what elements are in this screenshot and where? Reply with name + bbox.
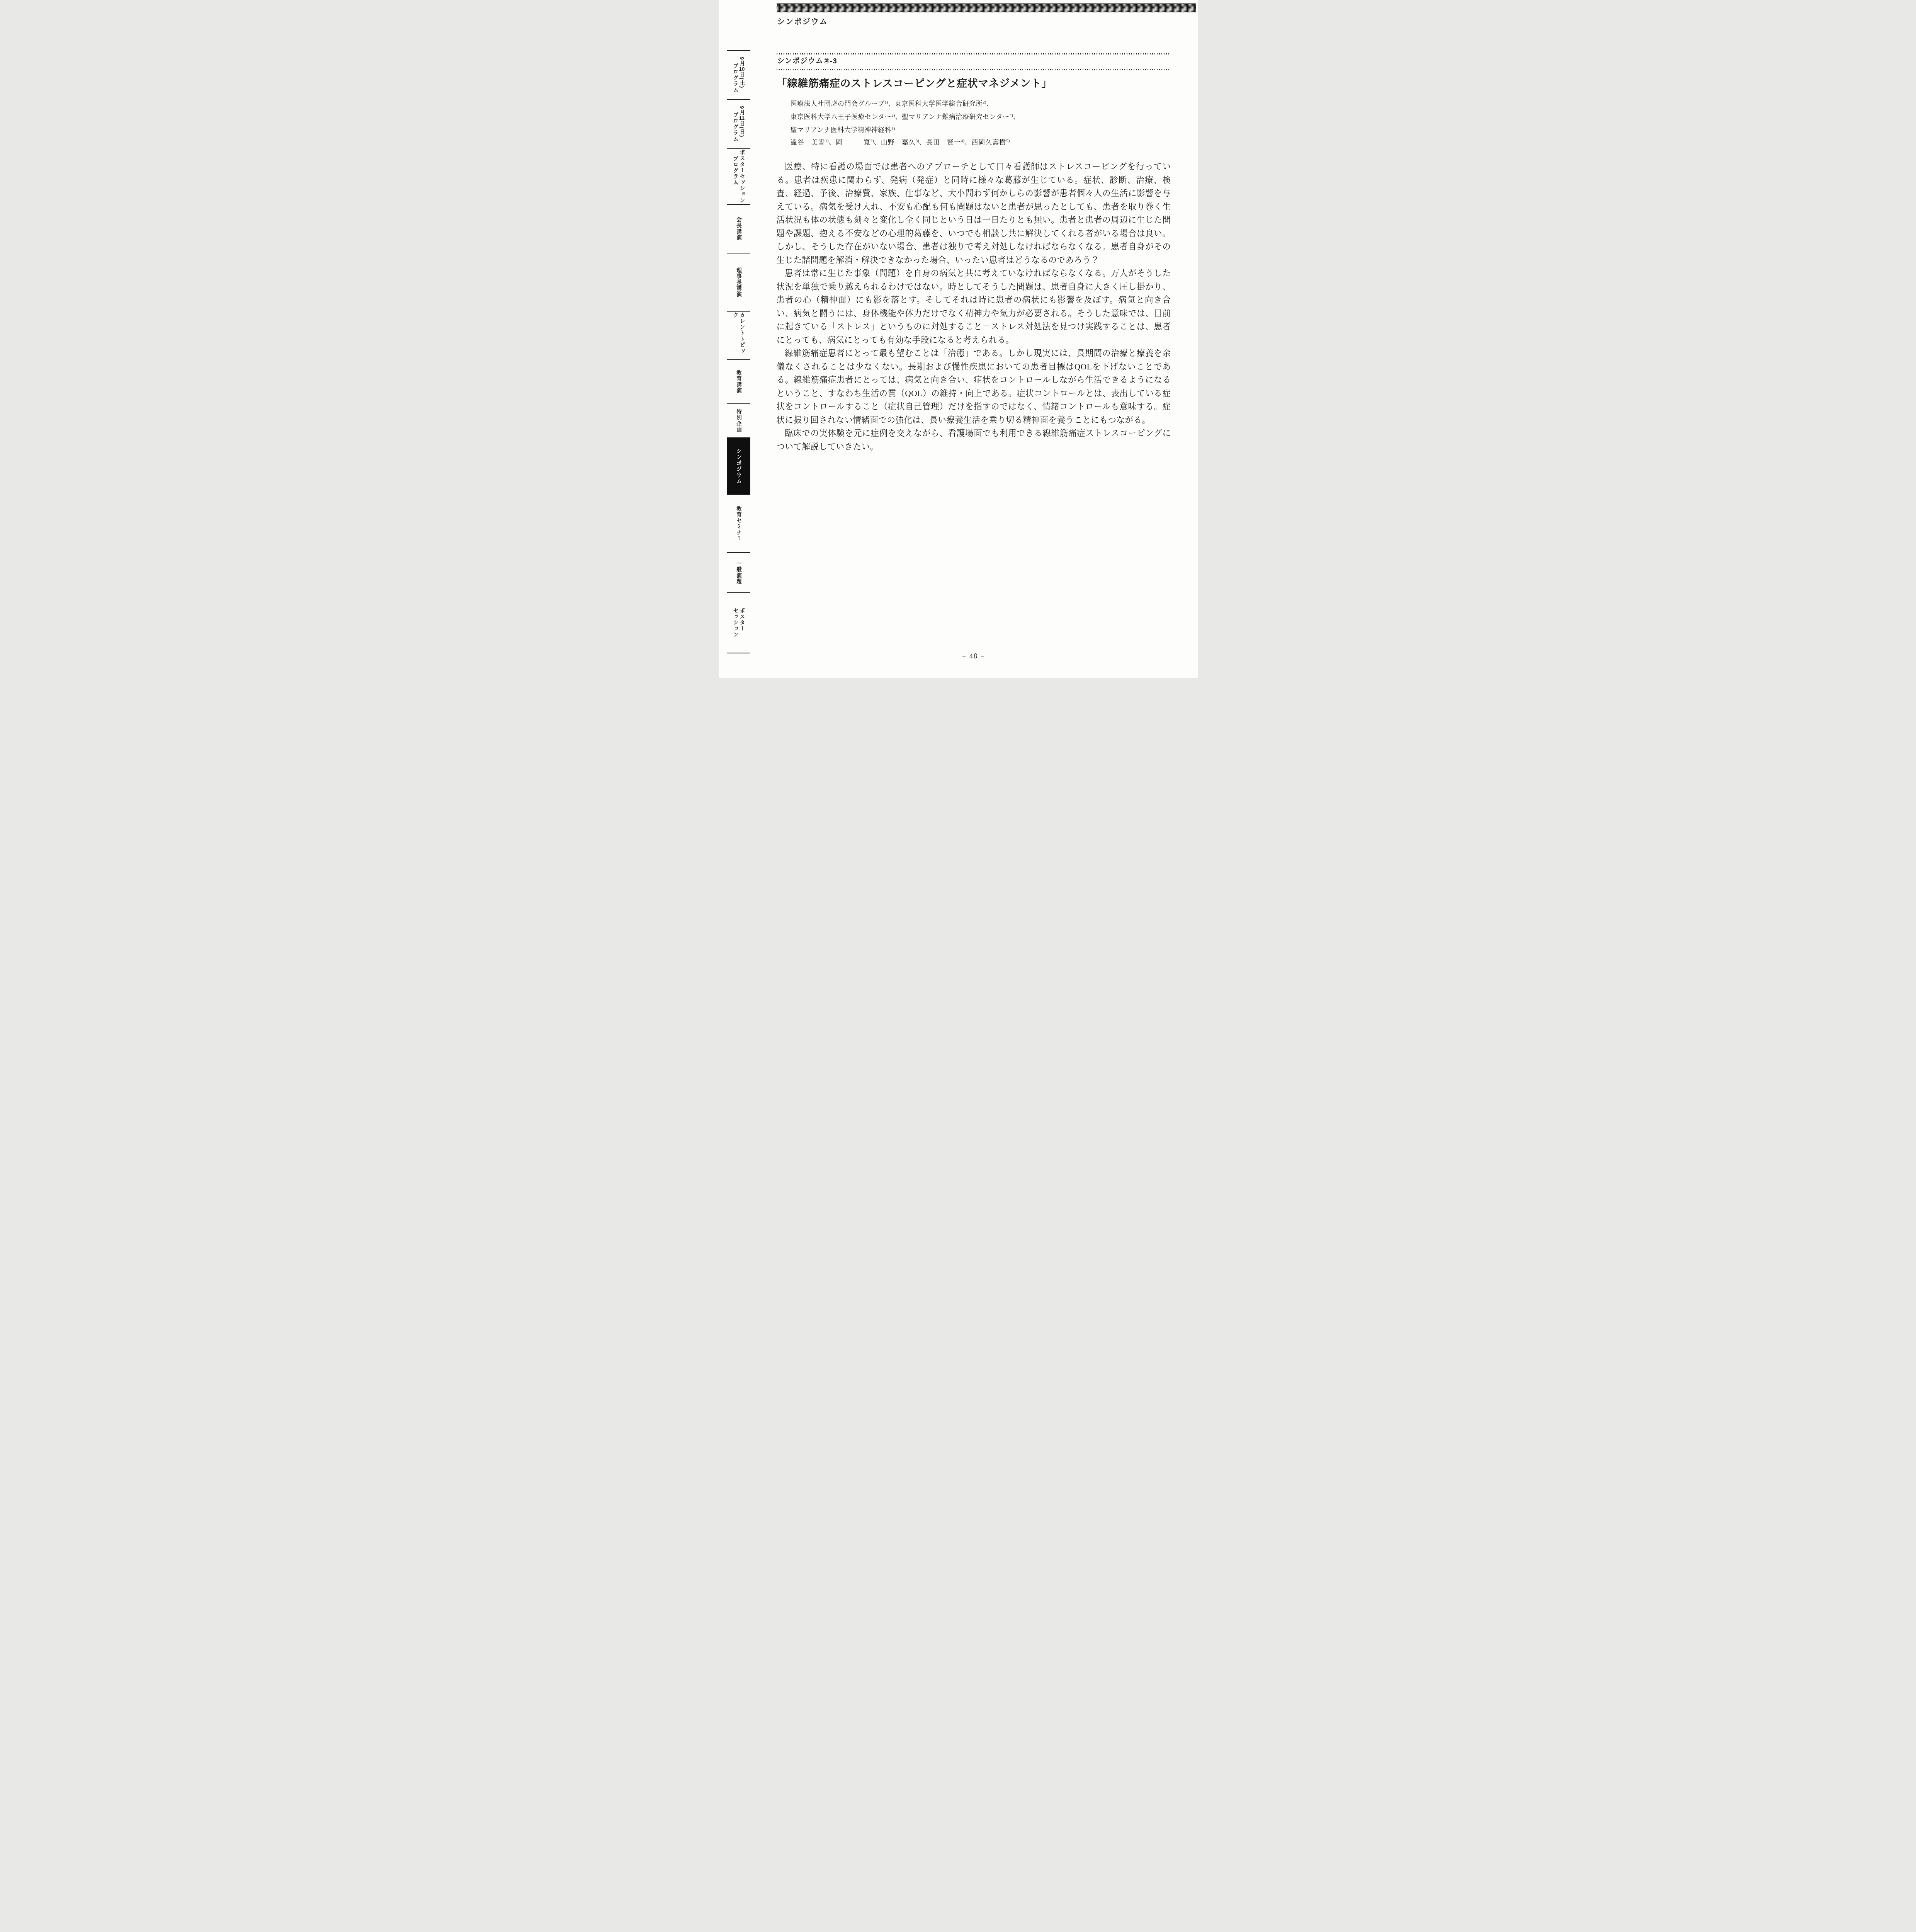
session-title: 「線維筋痛症のストレスコーピングと症状マネジメント」 — [777, 75, 1052, 90]
affiliation-line: 東京医科大学八王子医療センター3)、聖マリアンナ難病治療研究センター4)、 — [791, 110, 1020, 123]
tab-label-line: 一般演題 — [735, 561, 742, 585]
tab-label: 会長講演 — [735, 217, 742, 241]
top-halftone-banner — [777, 3, 1196, 12]
tab-label: 9月10日(土) プログラム — [732, 57, 745, 93]
section-breadcrumb: シンポジウム — [777, 15, 828, 27]
tab-label-line: プログラム — [732, 112, 739, 142]
tab-label-line: 理事長講演 — [735, 267, 742, 298]
sidebar-tab-poster-session: ポスター セッション — [727, 592, 750, 653]
tab-label: 一般演題 — [735, 561, 742, 585]
sidebar-tab-educational-lecture: 教育講演 — [727, 359, 750, 403]
tab-label-line: ポスターセッション — [739, 150, 745, 204]
sidebar-tab-poster-session-program: ポスターセッション プログラム — [727, 148, 750, 204]
sidebar-index-tabs: 9月10日(土) プログラム 9月11日(日) プログラム ポスターセッション … — [727, 50, 750, 653]
tab-label-line: 9月10日(土) — [739, 57, 745, 93]
tab-label-line: 特別企画 — [735, 409, 742, 433]
sidebar-tab-symposium-active: シンポジウム — [727, 437, 750, 494]
sidebar-tab-presidential-lecture: 会長講演 — [727, 204, 750, 253]
sidebar-tab-current-topic: カレントトピック — [727, 311, 750, 359]
tab-label: ポスターセッション プログラム — [732, 150, 745, 204]
page-number: − 48 − — [777, 652, 1171, 660]
abstract-paragraph-1: 医療、特に看護の場面では患者へのアプローチとして日々看護師はストレスコーピングを… — [777, 160, 1171, 267]
tab-label-line: ポスター — [739, 608, 745, 638]
tab-label-line: 9月11日(日) — [739, 106, 745, 142]
tab-label: 9月11日(日) プログラム — [732, 106, 745, 142]
sidebar-tab-special-program: 特別企画 — [727, 403, 750, 437]
dotted-divider-bottom — [777, 69, 1171, 70]
abstract-paragraph-2: 患者は常に生じた事象（問題）を自身の病気と共に考えていなければならなくなる。万人… — [777, 267, 1171, 347]
tab-label-line: カレントトピック — [732, 312, 745, 359]
sidebar-tab-general-presentations: 一般演題 — [727, 552, 750, 592]
affiliation-line: 医療法人社団虎の門会グループ1)、東京医科大学医学総合研究所2)、 — [791, 97, 1020, 110]
sidebar-tab-program-sep11: 9月11日(日) プログラム — [727, 99, 750, 148]
affiliation-line: 聖マリアンナ医科大学精神神経科5) — [791, 123, 1020, 136]
tab-label-line: プログラム — [732, 63, 739, 93]
tab-label: 教育講演 — [735, 370, 742, 394]
abstract-body: 医療、特に看護の場面では患者へのアプローチとして日々看護師はストレスコーピングを… — [777, 160, 1171, 453]
tab-label-line: セッション — [732, 608, 739, 638]
session-number-heading: シンポジウム②-3 — [777, 55, 837, 66]
abstract-paragraph-4: 臨床での実体験を元に症例を交えながら、看護場面でも利用できる線維筋痛症ストレスコ… — [777, 427, 1171, 453]
tab-label: 教育セミナー — [735, 506, 742, 542]
tab-label: ポスター セッション — [732, 608, 745, 638]
document-page: シンポジウム 9月10日(土) プログラム 9月11日(日) プログラム ポスタ… — [719, 0, 1198, 678]
sidebar-tab-program-sep10: 9月10日(土) プログラム — [727, 50, 750, 99]
dotted-divider-top — [777, 53, 1171, 54]
sidebar-tab-chairman-lecture: 理事長講演 — [727, 253, 750, 311]
abstract-paragraph-3: 線維筋痛症患者にとって最も望むことは「治癒」である。しかし現実には、長期間の治療… — [777, 347, 1171, 427]
tab-label: 特別企画 — [735, 409, 742, 433]
tab-label-line: 教育講演 — [735, 370, 742, 394]
tab-label-line: シンポジウム — [735, 448, 742, 484]
sidebar-tab-educational-seminar: 教育セミナー — [727, 494, 750, 552]
affiliation-block: 医療法人社団虎の門会グループ1)、東京医科大学医学総合研究所2)、 東京医科大学… — [791, 97, 1020, 136]
tab-label-line: 会長講演 — [735, 217, 742, 241]
authors-line: 澁谷 美雪1)、岡 寛2)、山野 嘉久3)、長田 賢一4)、西岡久壽樹5) — [791, 137, 1010, 146]
tab-label-line: 教育セミナー — [735, 506, 742, 542]
tab-label: シンポジウム — [735, 448, 742, 484]
tab-label: 理事長講演 — [735, 267, 742, 298]
tab-label-line: プログラム — [732, 156, 739, 204]
tab-label: カレントトピック — [732, 312, 745, 359]
